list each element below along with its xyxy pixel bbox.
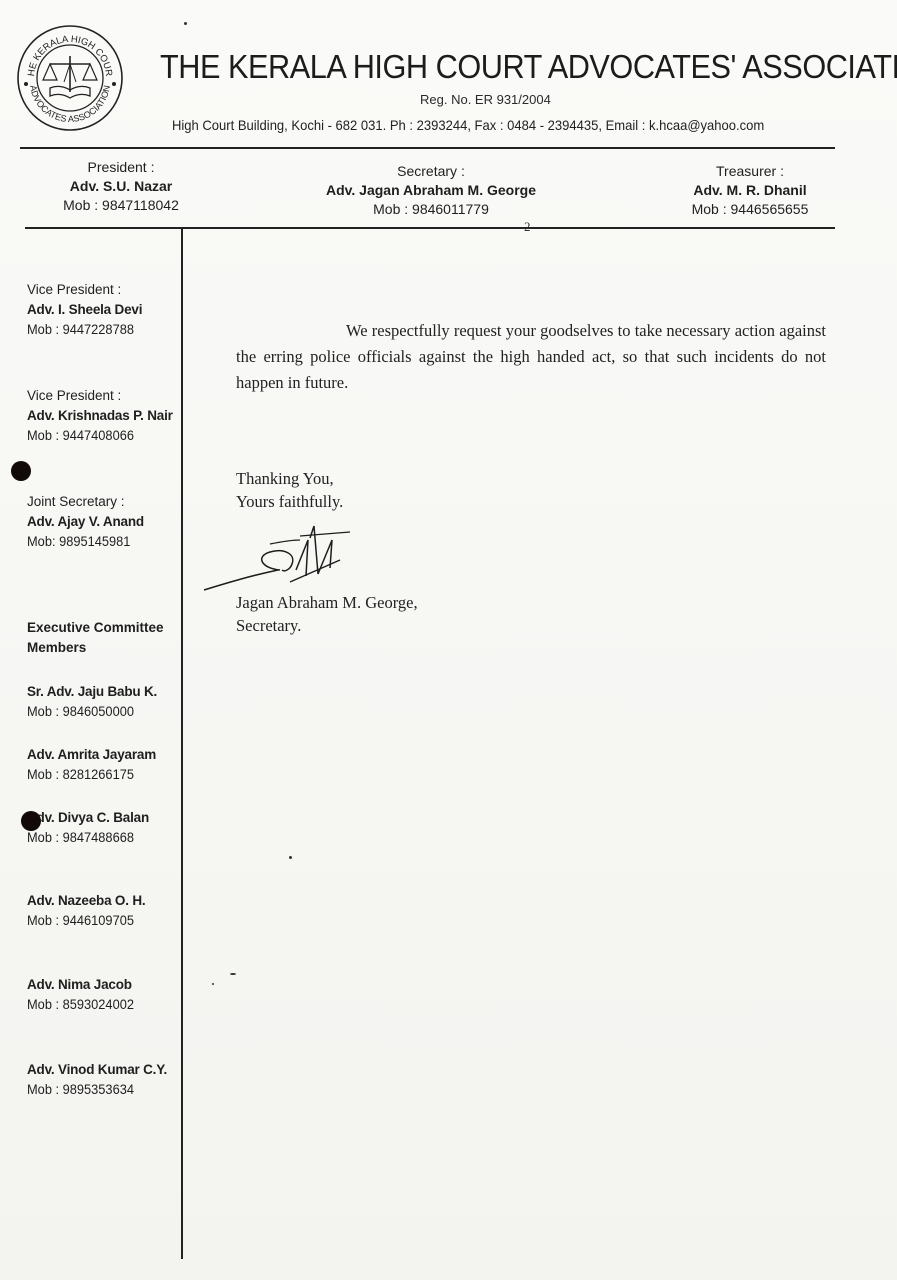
member-name: Adv. Vinod Kumar C.Y. bbox=[27, 1060, 182, 1080]
committee-heading-line: Executive Committee bbox=[27, 618, 182, 638]
member-mobile: Mob : 9846050000 bbox=[27, 702, 174, 722]
letter-page: THE KERALA HIGH COURT ADVOCATES ASSOCIAT… bbox=[0, 0, 897, 1280]
member-mobile: Mob : 8593024002 bbox=[27, 995, 174, 1015]
punch-hole-mark bbox=[11, 461, 31, 481]
officer-name: Adv. Jagan Abraham M. George bbox=[318, 181, 544, 200]
officer-role: Treasurer : bbox=[680, 162, 820, 181]
signatory-block: Jagan Abraham M. George, Secretary. bbox=[236, 591, 418, 637]
scan-speck bbox=[212, 983, 214, 985]
organization-name: THE KERALA HIGH COURT ADVOCATES' ASSOCIA… bbox=[160, 48, 792, 86]
committee-member: Adv. Nima Jacob Mob : 8593024002 bbox=[27, 975, 182, 1015]
registration-number: Reg. No. ER 931/2004 bbox=[420, 92, 551, 107]
handwritten-signature-icon bbox=[200, 518, 360, 598]
member-name: Sr. Adv. Jaju Babu K. bbox=[27, 682, 182, 702]
officer-name: Adv. M. R. Dhanil bbox=[680, 181, 820, 200]
officer-mobile: Mob : 9846011779 bbox=[318, 200, 544, 219]
member-role: Joint Secretary : bbox=[27, 492, 182, 512]
member-name: Adv. I. Sheela Devi bbox=[27, 300, 182, 320]
member-mobile: Mob: 9895145981 bbox=[27, 532, 174, 552]
committee-member: Adv. Amrita Jayaram Mob : 8281266175 bbox=[27, 745, 182, 785]
committee-member: Sr. Adv. Jaju Babu K. Mob : 9846050000 bbox=[27, 682, 182, 722]
member-role: Vice President : bbox=[27, 280, 182, 300]
header-divider-top bbox=[20, 147, 835, 149]
scan-speck bbox=[184, 22, 187, 25]
officer-president: President : Adv. S.U. Nazar Mob : 984711… bbox=[56, 158, 186, 215]
officer-treasurer: Treasurer : Adv. M. R. Dhanil Mob : 9446… bbox=[680, 162, 820, 219]
committee-heading-line: Members bbox=[27, 638, 182, 658]
member-name: Adv. Nima Jacob bbox=[27, 975, 182, 995]
member-name: Adv. Nazeeba O. H. bbox=[27, 891, 182, 911]
signatory-name: Jagan Abraham M. George, bbox=[236, 591, 418, 614]
letter-paragraph: We respectfully request your goodselves … bbox=[236, 318, 826, 396]
member-name: Adv. Divya C. Balan bbox=[27, 808, 182, 828]
officer-role: Secretary : bbox=[318, 162, 544, 181]
officer-name: Adv. S.U. Nazar bbox=[56, 177, 186, 196]
member-role: Vice President : bbox=[27, 386, 182, 406]
sidebar-divider bbox=[181, 229, 183, 1259]
office-bearer-vice-president-1: Vice President : Adv. I. Sheela Devi Mob… bbox=[27, 280, 182, 340]
page-number: 2 bbox=[524, 219, 531, 235]
member-name: Adv. Ajay V. Anand bbox=[27, 512, 182, 532]
member-mobile: Mob : 9847488668 bbox=[27, 828, 174, 848]
contact-address-line: High Court Building, Kochi - 682 031. Ph… bbox=[172, 117, 764, 133]
committee-member: Adv. Divya C. Balan Mob : 9847488668 bbox=[27, 808, 182, 848]
office-bearer-joint-secretary: Joint Secretary : Adv. Ajay V. Anand Mob… bbox=[27, 492, 182, 552]
letter-paragraph-text: We respectfully request your goodselves … bbox=[236, 321, 826, 392]
scan-speck bbox=[289, 856, 292, 859]
officer-mobile: Mob : 9446565655 bbox=[680, 200, 820, 219]
committee-member: Adv. Vinod Kumar C.Y. Mob : 9895353634 bbox=[27, 1060, 182, 1100]
punch-hole-mark bbox=[21, 811, 41, 831]
member-mobile: Mob : 8281266175 bbox=[27, 765, 174, 785]
committee-heading: Executive Committee Members bbox=[27, 618, 182, 658]
committee-member: Adv. Nazeeba O. H. Mob : 9446109705 bbox=[27, 891, 182, 931]
member-name: Adv. Amrita Jayaram bbox=[27, 745, 182, 765]
member-mobile: Mob : 9447408066 bbox=[27, 426, 174, 446]
office-bearer-vice-president-2: Vice President : Adv. Krishnadas P. Nair… bbox=[27, 386, 182, 446]
svg-text:THE KERALA HIGH COURT: THE KERALA HIGH COURT bbox=[14, 22, 114, 77]
member-name: Adv. Krishnadas P. Nair bbox=[27, 406, 182, 426]
closing-line: Thanking You, bbox=[236, 467, 343, 490]
member-mobile: Mob : 9446109705 bbox=[27, 911, 174, 931]
association-seal-logo-icon: THE KERALA HIGH COURT ADVOCATES ASSOCIAT… bbox=[14, 22, 126, 134]
letter-closing: Thanking You, Yours faithfully. bbox=[236, 467, 343, 513]
member-mobile: Mob : 9895353634 bbox=[27, 1080, 174, 1100]
closing-line: Yours faithfully. bbox=[236, 490, 343, 513]
scan-speck bbox=[230, 973, 236, 975]
officer-secretary: Secretary : Adv. Jagan Abraham M. George… bbox=[318, 162, 544, 219]
officer-role: President : bbox=[56, 158, 186, 177]
header-divider-bottom bbox=[25, 227, 835, 229]
signatory-title: Secretary. bbox=[236, 614, 418, 637]
member-mobile: Mob : 9447228788 bbox=[27, 320, 174, 340]
officer-mobile: Mob : 9847118042 bbox=[56, 196, 186, 215]
